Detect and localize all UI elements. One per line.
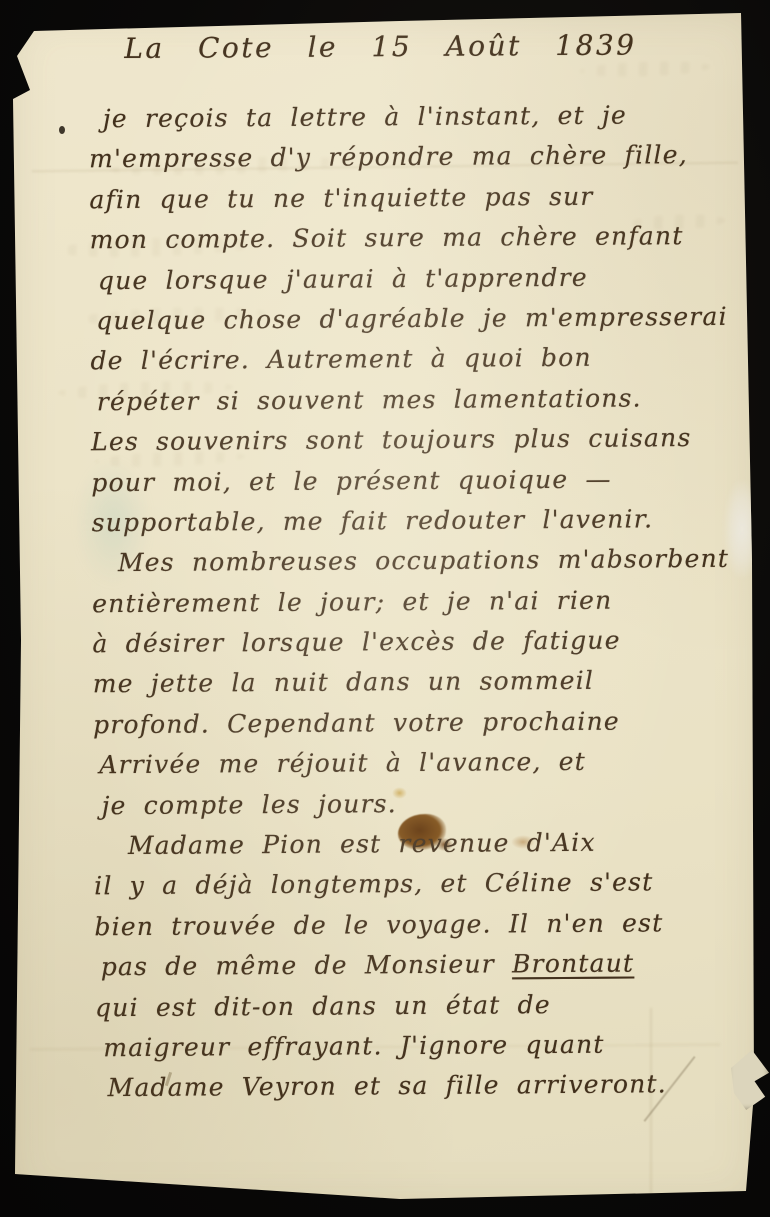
letter-line: afin que tu ne t'inquiette pas sur	[89, 181, 739, 226]
letter-line: à désirer lorsque l'excès de fatigue	[92, 625, 742, 670]
letter-line: il y a déjà longtemps, et Céline s'est	[94, 867, 744, 912]
letter-line: me jette la nuit dans un sommeil	[93, 665, 743, 710]
letter-line: entièrement le jour; et je n'ai rien	[92, 584, 742, 629]
letter-line: quelque chose d'agréable je m'empressera…	[96, 302, 740, 347]
letter-line: Mes nombreuses occupations m'absorbent	[118, 544, 742, 589]
letter-line: Madame Veyron et sa fille arriveront.	[108, 1069, 746, 1114]
letter-line: supportable, me fait redouter l'avenir.	[92, 504, 742, 549]
letter-body: je reçois ta lettre à l'instant, et je m…	[89, 100, 746, 1114]
letter-line: je reçois ta lettre à l'instant, et je	[103, 100, 739, 145]
letter-line: Les souvenirs sont toujours plus cuisans	[91, 423, 741, 468]
letter-line: de l'écrire. Autrement à quoi bon	[90, 342, 740, 387]
underlined-name: Brontaut	[512, 949, 634, 979]
letter-line: que lorsque j'aurai à t'apprendre	[98, 261, 740, 306]
scanned-letter-photo: La Cote le 15 Août 1839 je reçois ta let…	[0, 0, 770, 1217]
letter-line-text: pas de même de Monsieur	[101, 950, 512, 982]
letter-line: profond. Cependant votre prochaine	[93, 706, 743, 751]
letter-line: je compte les jours.	[102, 786, 744, 831]
letter-line: pour moi, et le présent quoique —	[91, 463, 741, 508]
letter-line: maigreur effrayant. J'ignore quant	[103, 1029, 745, 1074]
letter-line: pas de même de Monsieur Brontaut	[101, 948, 745, 993]
letter-line: répéter si souvent mes lamentations.	[97, 382, 741, 427]
letter-line: Arrivée me réjouit à l'avance, et	[99, 746, 743, 791]
dateline: La Cote le 15 Août 1839	[124, 28, 738, 104]
letter-line: m'empresse d'y répondre ma chère fille,	[89, 140, 739, 185]
letter-line: qui est dit-on dans un état de	[95, 988, 745, 1033]
letter-page: La Cote le 15 Août 1839 je reçois ta let…	[0, 0, 770, 1217]
letter-line: Madame Pion est revenue d'Aix	[128, 827, 744, 872]
letter-line: bien trouvée de le voyage. Il n'en est	[94, 908, 744, 953]
handwritten-text: La Cote le 15 Août 1839 je reçois ta let…	[88, 28, 746, 1114]
letter-line: mon compte. Soit sure ma chère enfant	[90, 221, 740, 266]
paper-speck	[59, 126, 65, 134]
